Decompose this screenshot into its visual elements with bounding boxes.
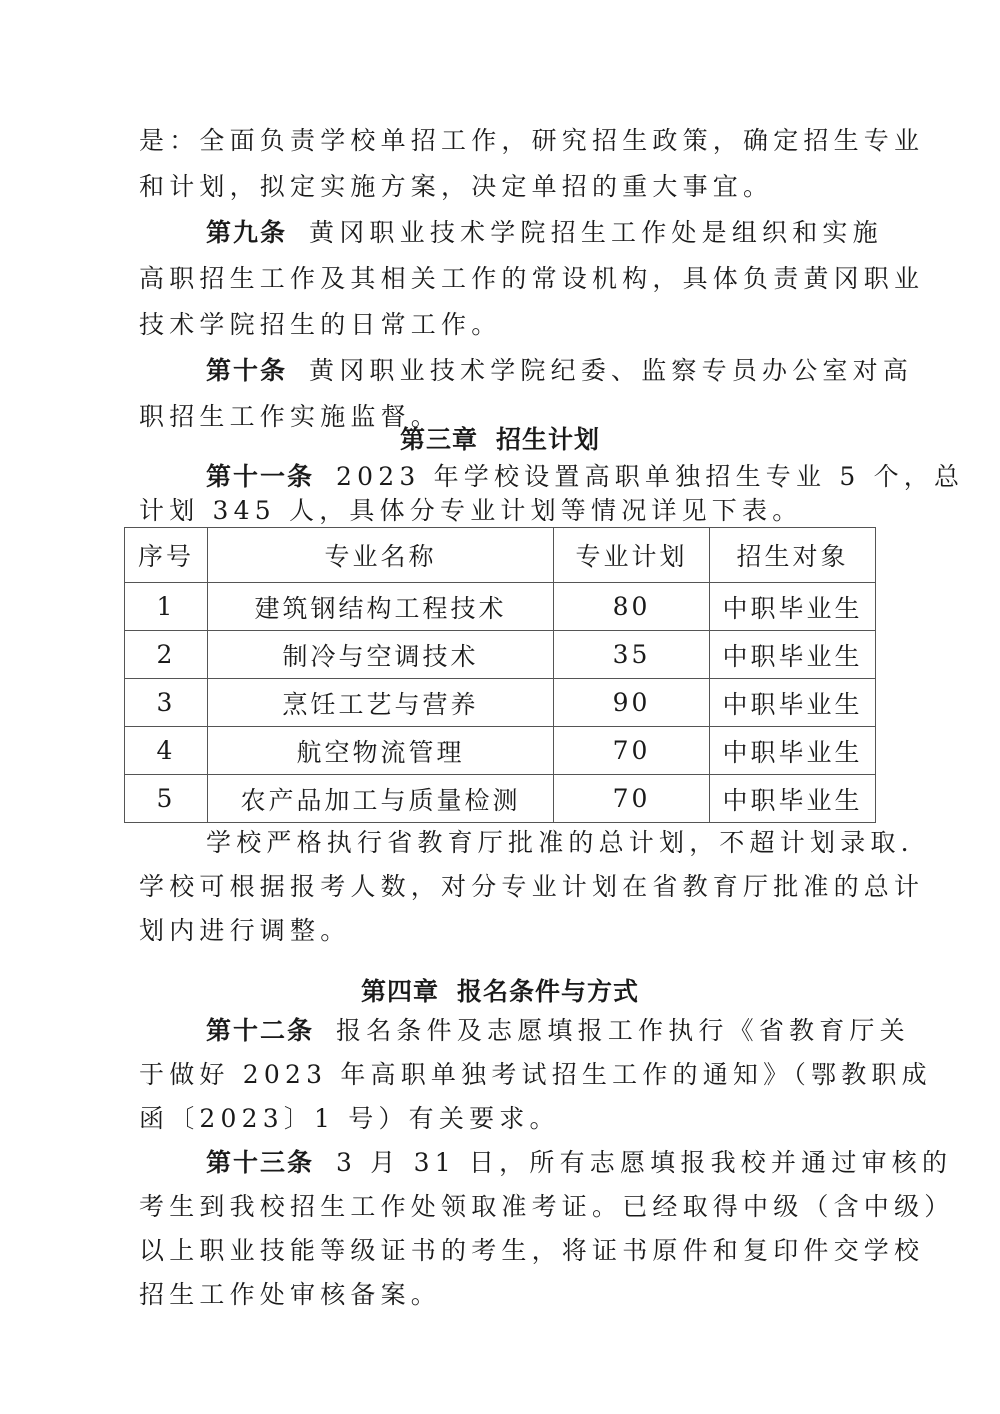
- paragraph-line: 考生到我校招生工作处领取准考证。已经取得中级（含中级）: [139, 1190, 851, 1224]
- table-row: 5 农产品加工与质量检测 70 中职毕业生: [125, 775, 876, 823]
- article-12-line: 第十二条报名条件及志愿填报工作执行《省教育厅关: [206, 1014, 851, 1048]
- article-10-line: 第十条黄冈职业技术学院纪委、监察专员办公室对高: [206, 354, 851, 388]
- table-row: 2 制冷与空调技术 35 中职毕业生: [125, 631, 876, 679]
- paragraph-line: 划内进行调整。: [139, 914, 851, 948]
- article-13-line: 第十三条3 月 31 日，所有志愿填报我校并通过审核的: [206, 1146, 851, 1180]
- paragraph-line: 是：全面负责学校单招工作，研究招生政策，确定招生专业: [139, 124, 851, 158]
- paragraph-line: 高职招生工作及其相关工作的常设机构，具体负责黄冈职业: [139, 262, 851, 296]
- chapter-3-heading: 第三章招生计划: [0, 423, 1000, 457]
- paragraph-line: 招生工作处审核备案。: [139, 1278, 851, 1312]
- article-12-label: 第十二条: [206, 1016, 314, 1045]
- table-row: 4 航空物流管理 70 中职毕业生: [125, 727, 876, 775]
- header-plan: 专业计划: [554, 528, 710, 583]
- paragraph-line: 函〔2023〕1 号）有关要求。: [139, 1102, 851, 1136]
- article-9-label: 第九条: [206, 218, 287, 247]
- table-header-row: 序号 专业名称 专业计划 招生对象: [125, 528, 876, 583]
- table-row: 1 建筑钢结构工程技术 80 中职毕业生: [125, 583, 876, 631]
- header-major: 专业名称: [208, 528, 554, 583]
- paragraph-line: 技术学院招生的日常工作。: [139, 308, 851, 342]
- paragraph-line: 和计划，拟定实施方案，决定单招的重大事宜。: [139, 170, 851, 204]
- paragraph-line: 计划 345 人，具体分专业计划等情况详见下表。: [139, 494, 851, 528]
- header-target: 招生对象: [710, 528, 876, 583]
- table-row: 3 烹饪工艺与营养 90 中职毕业生: [125, 679, 876, 727]
- paragraph-line: 以上职业技能等级证书的考生，将证书原件和复印件交学校: [139, 1234, 851, 1268]
- header-index: 序号: [125, 528, 208, 583]
- article-9-line: 第九条黄冈职业技术学院招生工作处是组织和实施: [206, 216, 851, 250]
- enrollment-plan-table: 序号 专业名称 专业计划 招生对象 1 建筑钢结构工程技术 80 中职毕业生 2…: [124, 527, 876, 823]
- paragraph-line: 学校可根据报考人数，对分专业计划在省教育厅批准的总计: [139, 870, 851, 904]
- article-13-label: 第十三条: [206, 1148, 314, 1177]
- chapter-4-heading: 第四章报名条件与方式: [0, 975, 1000, 1009]
- article-11-line: 第十一条2023 年学校设置高职单独招生专业 5 个，总: [206, 460, 851, 494]
- article-10-label: 第十条: [206, 356, 287, 385]
- article-11-label: 第十一条: [206, 462, 314, 491]
- paragraph-line: 于做好 2023 年高职单独考试招生工作的通知》（鄂教职成: [139, 1058, 851, 1092]
- paragraph-line: 学校严格执行省教育厅批准的总计划，不超计划录取.: [206, 826, 851, 860]
